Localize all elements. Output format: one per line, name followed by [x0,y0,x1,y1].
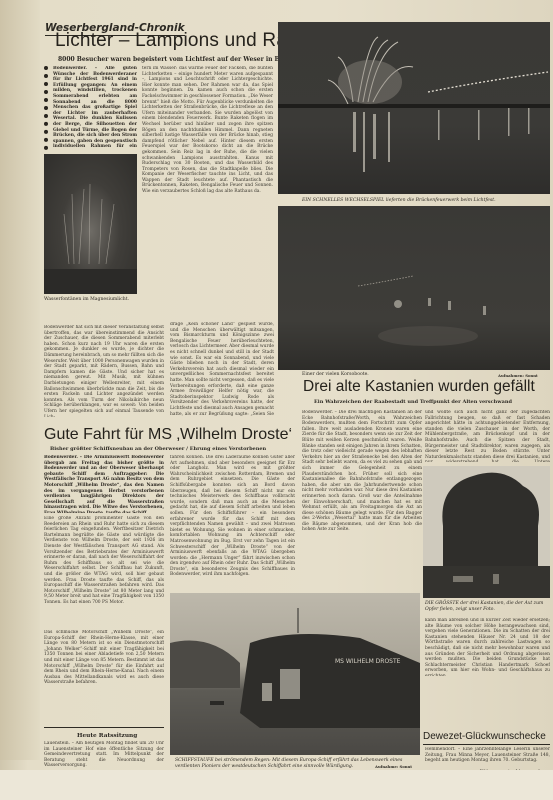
droste-column-2: fahren können. Die drei Laderäume können… [170,455,295,590]
ratssitzung-rule [44,727,164,728]
droste-headline: Gute Fahrt für MS ‚Wilhelm Droste‘ [44,426,292,444]
korsoboot-caption: Einer der vielen Korsoboote. [302,372,369,377]
droste-lead: Bodenwerder. – Die Arminiuswerft Bodenwe… [44,455,164,513]
boat-image-icon [278,206,550,370]
ratssitzung-headline: Heute Ratssitzung [77,733,137,739]
lichter-column-2c: drage „Kein schöner Land“ gespielt wurde… [170,322,274,417]
photo-korso-boat [278,206,550,370]
glueckwunsch-rule [423,744,550,745]
droste-column-1c: Das schmucke Motorschiff „Wilhelm Droste… [44,630,164,722]
tree-caption: DIE GRÖSSTE der drei Kastanien, die der … [425,601,549,612]
page-gutter [0,0,40,760]
droste-column-1b: Eine große Anzahl prominenter Gäste von … [44,516,164,628]
fountain-image-icon [44,154,137,294]
page-bottom-margin [0,770,553,800]
lichter-column-2: tern im Wasser: das warme Feuer der Fack… [142,66,273,318]
photo-water-fountains [44,154,137,294]
photo-chestnut-tree [423,466,550,598]
lichter-column-1b: Bodenwerder hat sich mit dieser Veransta… [44,325,164,417]
fountain-caption: Wasserfontänen im Magnesiumlicht. [44,297,129,302]
ship-hull-name: MS WILHELM DROSTE [335,658,401,665]
newspaper-page: Weserbergland-Chronik Lichter – Lampions… [0,0,553,800]
tree-image-icon [423,466,550,598]
photo-bridge-fireworks [278,22,550,194]
fireworks-image-icon [278,22,550,194]
kastanien-column-1: Bodenwerder. – Die drei mächtigen Kastan… [302,410,422,542]
glueckwunsch-body: Hemmendorf. – Eine jahrzehntelange Leser… [425,747,550,769]
ship-image-icon: MS WILHELM DROSTE [170,593,420,755]
ship-credit: Aufnahme: Sonnt [375,764,412,769]
kastanien-column-2b: kann man abreißen und in kurzer Zeit wie… [425,618,550,676]
droste-subheadline: Bisher größter Schiffsneubau an der Ober… [50,446,266,452]
glueckwunsch-headline: Dewezet-Glückwunschecke [423,731,546,742]
kastanien-subheadline: Ein Wahrzeichen der Raabestadt und Treff… [314,399,512,405]
kastanien-headline: Drei alte Kastanien wurden gefällt [303,378,535,396]
ratssitzung-body: Lauenstein. – Am heutigen Montag findet … [44,741,164,769]
fireworks-caption: EIN SCHNELLES WECHSELSPIEL lieferten die… [302,198,496,203]
photo-ship-christening: MS WILHELM DROSTE [170,593,420,755]
kastanien-column-2: und wollte sich auch nicht ganz der zuge… [425,410,550,462]
lichter-lead: Bodenwerder. – Alle guten Wünsche der Bo… [44,66,137,150]
